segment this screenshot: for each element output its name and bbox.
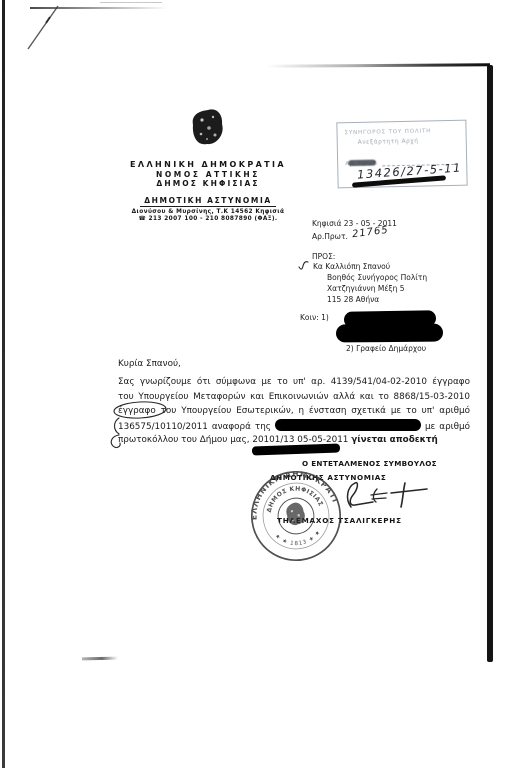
- body-redaction-bar: [252, 443, 340, 455]
- inline-redaction-block: [275, 419, 421, 431]
- handwritten-signature: [343, 479, 431, 513]
- org-address: Διονύσου & Μυρσίνης, Τ.Κ 14562 Κηφισιά: [110, 209, 306, 217]
- salutation: Κυρία Σπανού,: [118, 358, 470, 375]
- receipt-stamp-org: ΣΥΝΗΓΟΡΟΣ ΤΟΥ ΠΟΛΙΤΗ: [344, 128, 431, 136]
- scan-left-edge-line: [2, 0, 5, 768]
- scan-right-top-edge-line: [266, 63, 490, 68]
- body-line-2: του Υπουργείου Μεταφορών και Επικοινωνιώ…: [118, 390, 470, 405]
- stamp-bottom-text: ★ ★ 1813 ★ ★: [273, 522, 325, 553]
- to-label: ΠΡΟΣ:: [312, 252, 335, 261]
- accepted-emphasis: γίνεται αποδεκτή: [351, 435, 438, 445]
- body-line-3: έγγραφο του Υπουργείου Εσωτερικών, η ένσ…: [118, 404, 470, 419]
- scanned-letter-page: ΕΛΛΗΝΙΚΗ ΔΗΜΟΚΡΑΤΙΑ ΝΟΜΟΣ ΑΤΤΙΚΗΣ ΔΗΜΟΣ …: [0, 0, 522, 768]
- page-fold-mark: [20, 3, 66, 53]
- letterhead: ΕΛΛΗΝΙΚΗ ΔΗΜΟΚΡΑΤΙΑ ΝΟΜΟΣ ΑΤΤΙΚΗΣ ΔΗΜΟΣ …: [110, 107, 306, 223]
- scan-right-edge-line: [487, 65, 493, 662]
- scan-bottom-dash-artifact: [82, 657, 118, 660]
- recipient-street: Χατζηγιάννη Μέξη 5: [327, 284, 404, 293]
- org-phone: ☎ 213 2007 100 - 210 8087890 (ΦΑΞ).: [110, 216, 306, 223]
- cc-item-mayor-office: 2) Γραφείο Δημάρχου: [346, 344, 426, 353]
- pen-checkmark: [298, 260, 310, 272]
- pen-hook-annotation: [107, 433, 123, 451]
- org-name-line1: ΕΛΛΗΝΙΚΗ ΔΗΜΟΚΡΑΤΙΑ: [110, 160, 306, 170]
- svg-text:★ ★ 1813 ★ ★: ★ ★ 1813 ★ ★: [273, 522, 325, 553]
- recipient-title: Βοηθός Συνήγορος Πολίτη: [327, 273, 427, 282]
- scan-top-edge-line-faint: [100, 2, 162, 3]
- letter-body: Κυρία Σπανού, Σας γνωρίζουμε ότι σύμφωνα…: [118, 358, 470, 448]
- stamp-center-emblem: [284, 501, 307, 527]
- cc-redaction-block: [336, 310, 446, 344]
- org-name-line2: ΝΟΜΟΣ ΑΤΤΙΚΗΣ: [110, 170, 306, 179]
- cc-label: Κοιν: 1): [300, 313, 329, 322]
- org-name-line4: ΔΗΜΟΤΙΚΗ ΑΣΤΥΝΟΜΙΑ: [140, 196, 276, 208]
- protocol-label: Αρ.Πρωτ.: [312, 232, 348, 241]
- recipient-city: 115 28 Αθήνα: [327, 295, 379, 304]
- receipt-stamp-ink-smudge: [348, 160, 376, 167]
- greek-national-emblem-icon: [189, 107, 227, 149]
- body-line-1: Σας γνωρίζουμε ότι σύμφωνα με το υπ' αρ.…: [118, 375, 470, 390]
- recipient-name: Κα Καλλιόπη Σπανού: [313, 262, 390, 271]
- body-line-4: 136575/10110/2011 αναφορά της με αριθμό: [118, 419, 470, 434]
- org-name-line3: ΔΗΜΟΣ ΚΗΦΙΣΙΑΣ: [110, 179, 306, 188]
- receipt-stamp-subtitle: Ανεξάρτητη Αρχή: [358, 139, 419, 146]
